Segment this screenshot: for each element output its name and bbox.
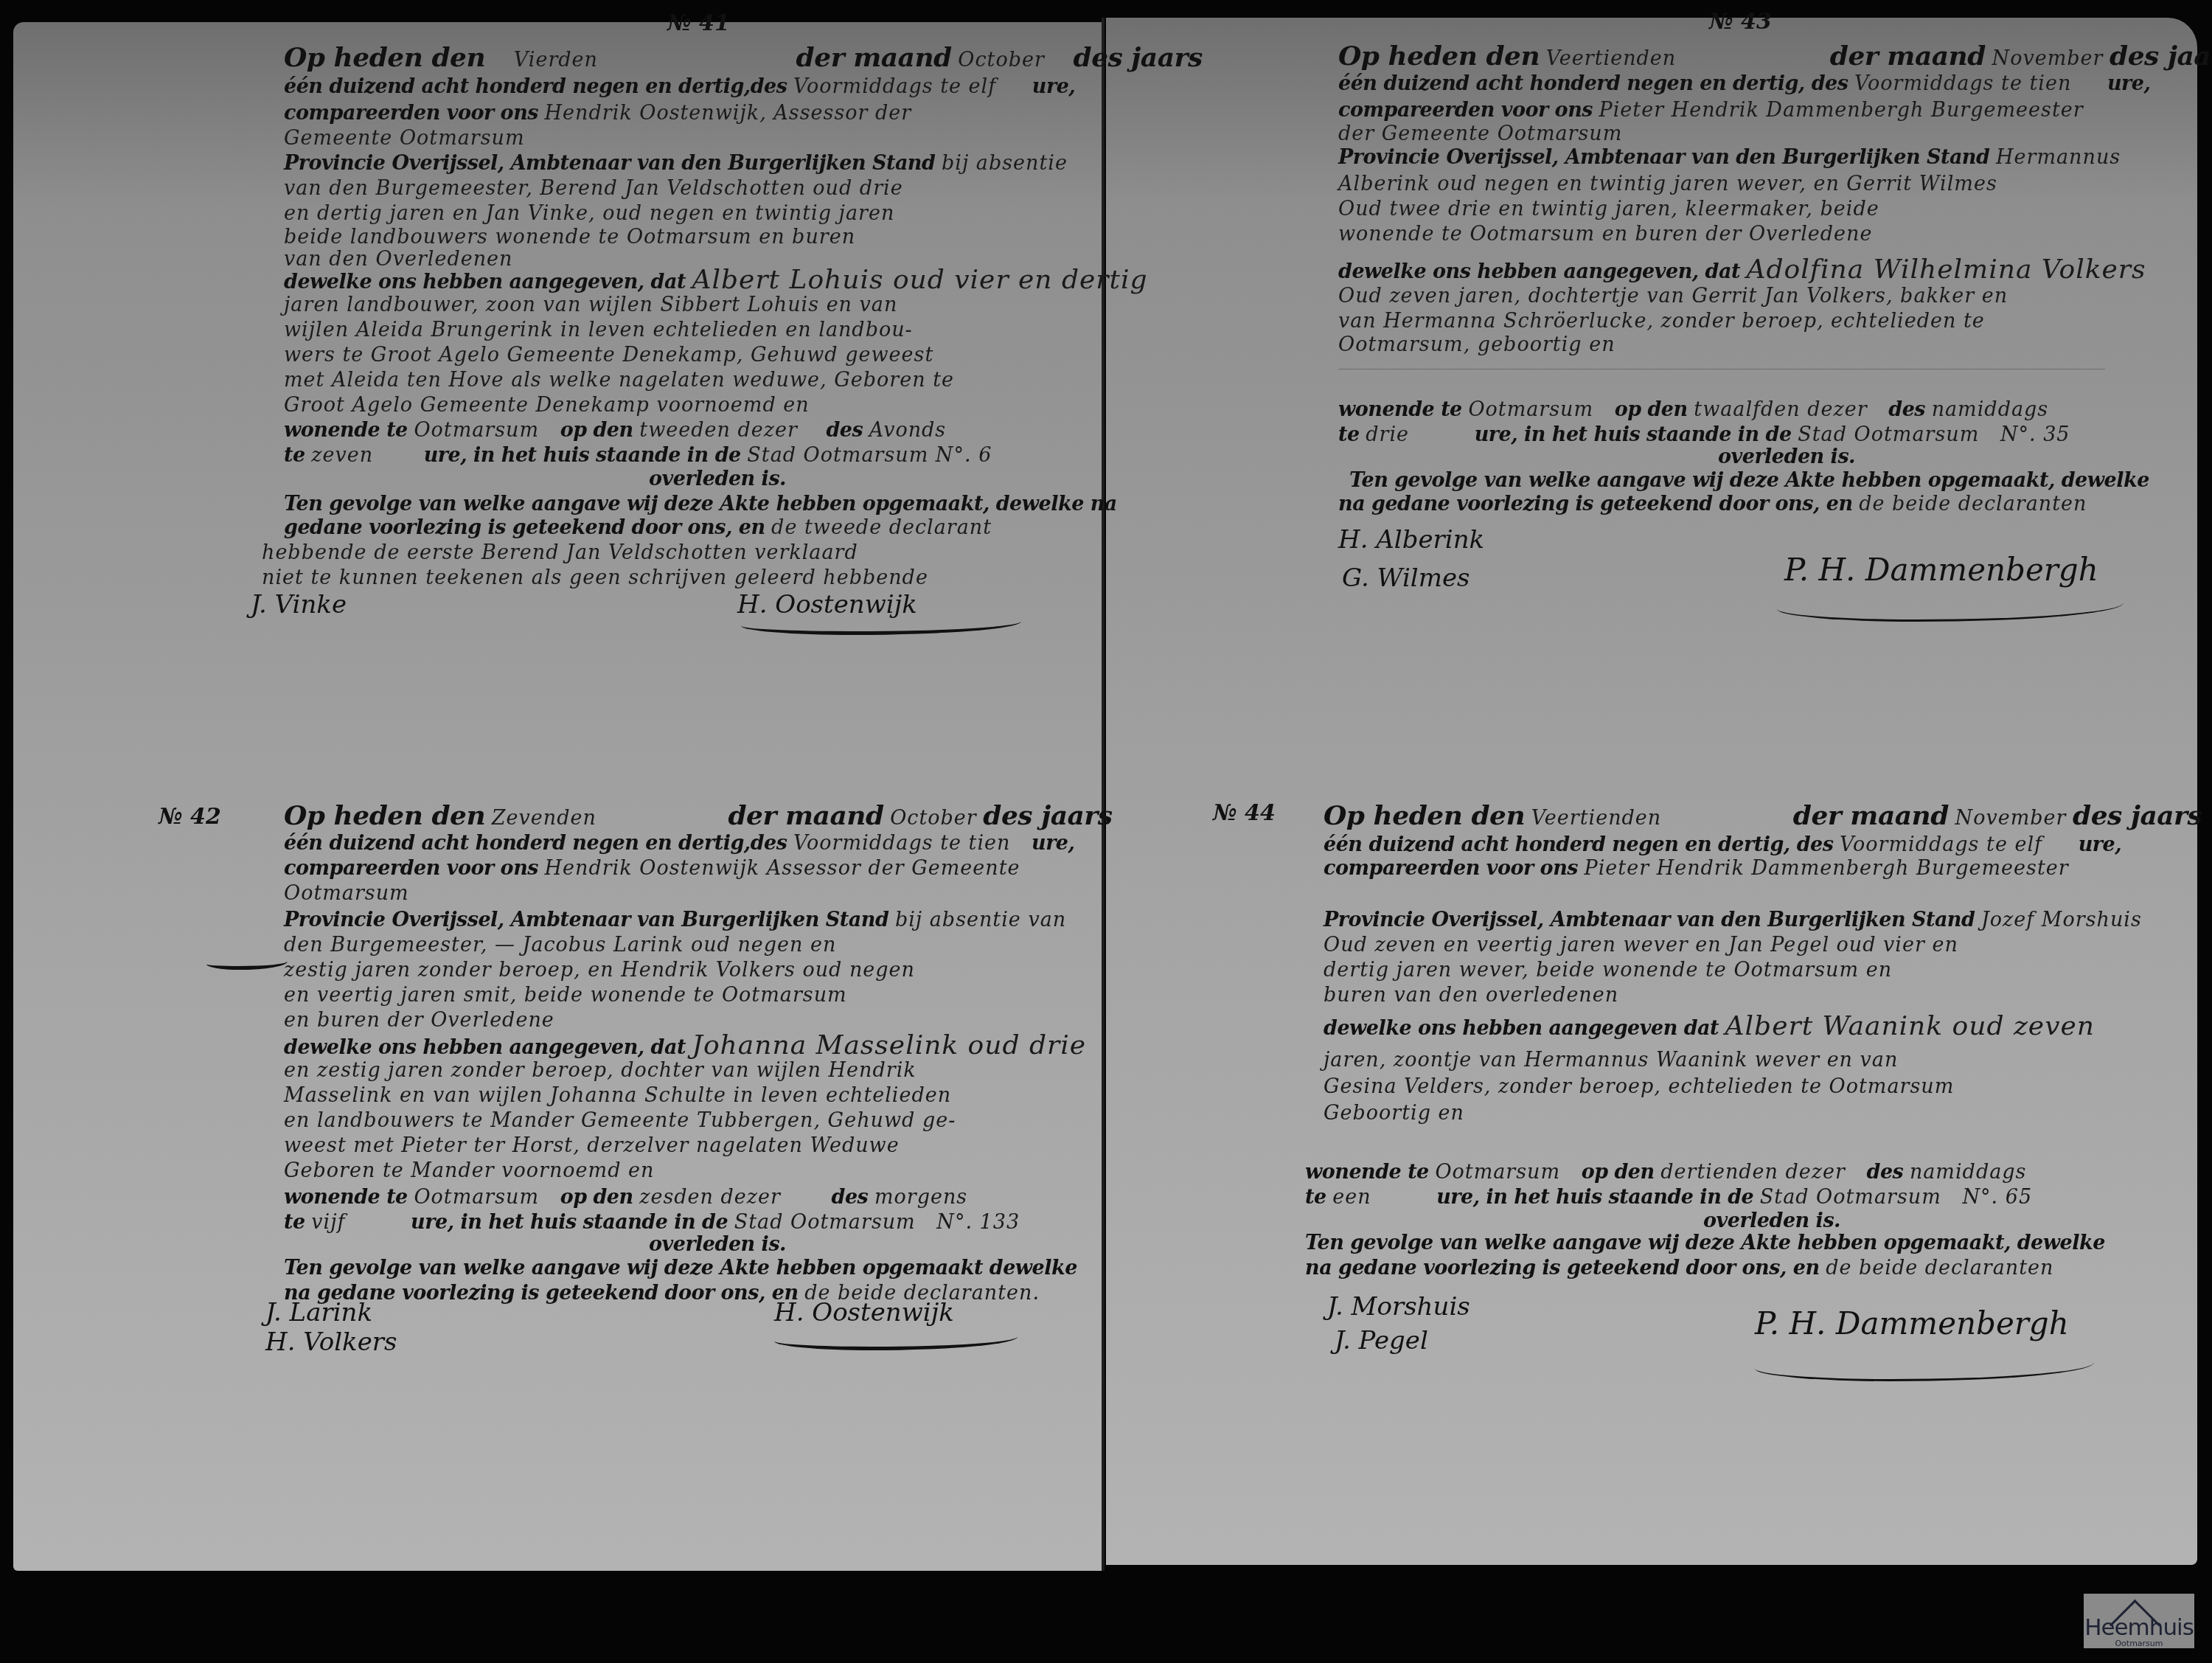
entry-line: Ten gevolge van welke aangave wij deze A… xyxy=(1305,1232,2105,1255)
entry-line: Ten gevolge van welke aangave wij deze A… xyxy=(284,493,1117,516)
entry-line: Ten gevolge van welke aangave wij deze A… xyxy=(284,1257,1077,1280)
entry-line: wonende te Ootmarsum op den twaalfden de… xyxy=(1338,398,2048,422)
watermark-subtitle: Ootmarsum xyxy=(2084,1639,2194,1648)
entry-line: Ten gevolge van welke aangave wij deze A… xyxy=(1349,469,2149,493)
signature: H. Oostenwijk xyxy=(774,1298,954,1327)
entry-line: dewelke ons hebben aangegeven, dat Alber… xyxy=(284,268,1148,294)
heemhuis-watermark: Heemhuis Ootmarsum xyxy=(2084,1594,2194,1648)
entry-line: één duizend acht honderd negen en dertig… xyxy=(284,832,1074,855)
entry-line: met Aleida ten Hove als welke nagelaten … xyxy=(284,369,954,392)
entry-line: één duizend acht honderd negen en dertig… xyxy=(284,75,1075,99)
entry-line: Op heden den Vierden der maand October d… xyxy=(284,46,1203,72)
entry-line: gedane voorlezing is geteekend door ons,… xyxy=(284,516,992,540)
entry-line: overleden is. xyxy=(1703,1209,1840,1233)
entry-line: dewelke ons hebben aangegeven, dat Adolf… xyxy=(1338,258,2146,284)
entry-line: Ootmarsum xyxy=(284,882,409,906)
entry-line: Oud zeven en veertig jaren wever en Jan … xyxy=(1324,934,1958,957)
book-spine xyxy=(1102,18,1105,1571)
entry-line: compareerden voor ons Pieter Hendrik Dam… xyxy=(1338,99,2084,122)
entry-number: № 43 xyxy=(1709,9,1772,35)
entry-line: zestig jaren zonder beroep, en Hendrik V… xyxy=(284,959,915,982)
entry-line: Geboortig en xyxy=(1324,1102,1464,1125)
entry-line: weest met Pieter ter Horst, derzelver na… xyxy=(284,1134,900,1158)
entry-line: hebbende de eerste Berend Jan Veldschott… xyxy=(262,541,858,565)
entry-line: Provincie Overijssel, Ambtenaar van den … xyxy=(284,152,1068,176)
entry-line: niet te kunnen teekenen als geen schrijv… xyxy=(262,566,928,590)
entry-line: Masselink en van wijlen Johanna Schulte … xyxy=(284,1084,951,1108)
entry-line: Ootmarsum, geboortig en xyxy=(1338,333,1615,357)
entry-line: beide landbouwers wonende te Ootmarsum e… xyxy=(284,226,855,249)
entry-line: der Gemeente Ootmarsum xyxy=(1338,122,1622,146)
entry-line: Groot Agelo Gemeente Denekamp voornoemd … xyxy=(284,394,810,417)
entry-line: wijlen Aleida Brungerink in leven echtel… xyxy=(284,319,913,342)
entry-line: overleden is. xyxy=(1718,445,1855,469)
entry-line: en zestig jaren zonder beroep, dochter v… xyxy=(284,1059,917,1083)
entry-line: één duizend acht honderd negen en dertig… xyxy=(1324,833,2121,857)
entry-line: dewelke ons hebben aangegeven, dat Johan… xyxy=(284,1034,1086,1060)
signature: G. Wilmes xyxy=(1342,563,1470,593)
entry-line: wonende te Ootmarsum op den zesden dezer… xyxy=(284,1186,967,1209)
entry-line: compareerden voor ons Hendrik Oostenwijk… xyxy=(284,102,911,125)
entry-line: Op heden den Veertienden der maand Novem… xyxy=(1324,804,2202,830)
entry-line: te drie ure, in het huis staande in de S… xyxy=(1338,423,2070,447)
entry-line: en dertig jaren en Jan Vinke, oud negen … xyxy=(284,202,894,226)
entry-line: en buren der Overledene xyxy=(284,1009,554,1032)
entry-line: van den Burgemeester, Berend Jan Veldsch… xyxy=(284,177,903,201)
entry-line: dewelke ons hebben aangegeven dat Albert… xyxy=(1324,1015,2095,1041)
entry-line: compareerden voor ons Pieter Hendrik Dam… xyxy=(1324,857,2069,881)
entry-line: Alberink oud negen en twintig jaren weve… xyxy=(1338,173,1997,196)
signature: J. Pegel xyxy=(1335,1326,1428,1355)
entry-number: № 41 xyxy=(667,10,730,36)
entry-line: Provincie Overijssel, Ambtenaar van den … xyxy=(1324,909,2142,932)
entry-line: Oud zeven jaren, dochtertje van Gerrit J… xyxy=(1338,285,2008,308)
entry-line: Oud twee drie en twintig jaren, kleermak… xyxy=(1338,198,1879,221)
entry-line: overleden is. xyxy=(649,1233,786,1257)
entry-line: en landbouwers te Mander Gemeente Tubber… xyxy=(284,1109,956,1133)
entry-line: van Hermanna Schröerlucke, zonder beroep… xyxy=(1338,310,1985,333)
entry-line: en veertig jaren smit, beide wonende te … xyxy=(284,984,847,1007)
signature: P. H. Dammenbergh xyxy=(1755,1305,2069,1341)
entry-line: te een ure, in het huis staande in de St… xyxy=(1305,1186,2032,1209)
entry-line: den Burgemeester, — Jacobus Larink oud n… xyxy=(284,934,836,957)
signature: J. Vinke xyxy=(251,590,347,619)
entry-line: Op heden den Zevenden der maand October … xyxy=(284,804,1113,830)
entry-line: één duizend acht honderd negen en dertig… xyxy=(1338,72,2150,96)
entry-line: na gedane voorlezing is geteekend door o… xyxy=(1305,1257,2053,1280)
ruled-line xyxy=(1338,369,2105,369)
entry-line: te zeven ure, in het huis staande in de … xyxy=(284,444,992,468)
signature: P. H. Dammenbergh xyxy=(1784,552,2098,588)
watermark-title: Heemhuis xyxy=(2084,1616,2194,1639)
entry-number: № 42 xyxy=(159,804,221,830)
signature: H. Volkers xyxy=(265,1327,397,1357)
entry-line: te vijf ure, in het huis staande in de S… xyxy=(284,1211,1020,1235)
entry-line: na gedane voorlezing is geteekend door o… xyxy=(1338,493,2087,516)
entry-line: dertig jaren wever, beide wonende te Oot… xyxy=(1324,959,1892,982)
entry-line: wers te Groot Agelo Gemeente Denekamp, G… xyxy=(284,344,933,367)
entry-line: Op heden den Veertienden der maand Novem… xyxy=(1338,44,2212,71)
signature: H. Alberink xyxy=(1338,525,1484,555)
entry-line: Provincie Overijssel, Ambtenaar van den … xyxy=(1338,146,2121,170)
entry-line: wonende te Ootmarsum op den dertienden d… xyxy=(1305,1161,2026,1184)
entry-line: jaren landbouwer, zoon van wijlen Sibber… xyxy=(284,294,897,317)
entry-number: № 44 xyxy=(1213,800,1276,826)
signature: J. Morshuis xyxy=(1327,1292,1470,1322)
entry-line: Provincie Overijssel, Ambtenaar van Burg… xyxy=(284,909,1066,932)
entry-line: Geboren te Mander voornoemd en xyxy=(284,1159,654,1183)
entry-line: buren van den overledenen xyxy=(1324,984,1618,1007)
entry-line: Gemeente Ootmarsum xyxy=(284,127,525,150)
entry-line: wonende te Ootmarsum en buren der Overle… xyxy=(1338,223,1872,246)
entry-line: compareerden voor ons Hendrik Oostenwijk… xyxy=(284,857,1020,881)
entry-line: wonende te Ootmarsum op den tweeden deze… xyxy=(284,419,946,442)
entry-line: jaren, zoontje van Hermannus Waanink wev… xyxy=(1324,1049,1898,1072)
entry-line: Gesina Velders, zonder beroep, echtelied… xyxy=(1324,1075,1954,1099)
signature: J. Larink xyxy=(265,1298,372,1327)
entry-line: overleden is. xyxy=(649,468,786,491)
